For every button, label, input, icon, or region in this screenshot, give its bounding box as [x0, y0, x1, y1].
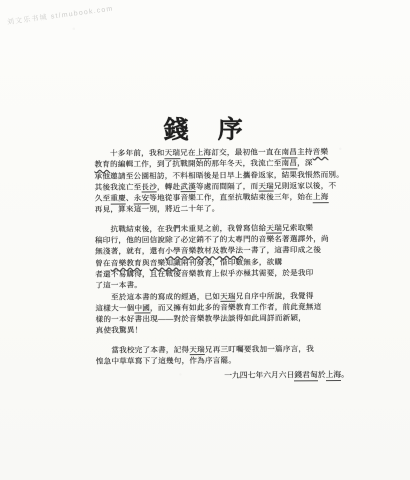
- text-segment: 了這一本書。: [95, 281, 142, 290]
- text-segment: 無淺著，就有，還有: [95, 247, 165, 256]
- proper-noun-underline: 天瑞: [258, 181, 274, 192]
- text-segment: 的編輯工作，到了抗戰開始的那年冬天，我流亡至: [110, 159, 282, 169]
- book-title-underline: 音樂知識: [150, 258, 181, 267]
- text-segment: 一九四七年六月六日: [224, 370, 294, 379]
- text-segment: 稿印行，他的回信說除了必定銷不了的太專門的音樂名著選譯外，尚: [95, 234, 329, 245]
- text-line: 惶急中草草寫下了這幾句，作為序言罷。: [96, 354, 322, 367]
- text-segment: 當我校完了本書，記得: [96, 345, 190, 355]
- text-segment: 其後我流亡至: [95, 182, 142, 191]
- text-segment: 與: [142, 258, 150, 267]
- text-segment: ，而又擁有如此多的音樂教育工作者，前此竟無這: [150, 302, 322, 312]
- text-segment: 主持: [297, 147, 313, 156]
- text-segment: 等處而間隔了，而: [196, 182, 258, 191]
- text-line: 樣的一本好書出現——對於音樂教學法談得如此周詳而新穎，: [96, 312, 322, 325]
- proper-noun-underline: 天瑞: [189, 345, 205, 356]
- text-segment: 兄則返家以後，不: [274, 181, 336, 190]
- text-segment: 樣的一本好書出現——對於音樂教學法談得如此周詳而新穎，: [96, 313, 306, 323]
- proper-noun-underline: 天瑞: [220, 291, 236, 302]
- proper-noun-underline: 南昌: [281, 147, 297, 158]
- text-segment: 兄在: [180, 148, 196, 157]
- signature-line: 一九四七年六月六日錢君匋於上海。: [224, 369, 349, 381]
- proper-noun-underline: 上海: [313, 192, 329, 203]
- text-segment: 真使我驚異！: [96, 326, 143, 335]
- text-segment: 、: [126, 194, 134, 203]
- proper-noun-underline: 上海: [196, 148, 212, 159]
- text-line: 當我校完了本書，記得天瑞兄再三叮囑要我加一篇序言，我: [96, 343, 322, 356]
- book-title-underline: 小學音樂教材及教學法: [165, 246, 243, 256]
- text-segment: 承他邀請至公園相訪，不料相晤後是日早上攜眷返家，結果我悵然而別。: [95, 170, 344, 181]
- text-segment: 兄再三叮囑要我加一篇序言，我: [205, 344, 314, 354]
- proper-noun-underline: 錢君匋: [294, 370, 317, 381]
- text-segment: 這樣大一個: [95, 303, 134, 312]
- paragraph: 十多年前，我和天瑞兄在上海訂交，最初他一直在南昌主持音樂教育的編輯工作，到了抗戰…: [94, 146, 320, 215]
- text-line: 真使我驚異！: [96, 324, 322, 337]
- text-segment: 兩刊發表，惜印數無多，欲購: [181, 257, 282, 267]
- proper-noun-underline: 永安: [134, 194, 150, 205]
- text-segment: 訂交，最初他一直在: [211, 147, 281, 156]
- preface-title: 錢 序: [0, 109, 409, 148]
- text-segment: 十多年前，我和: [94, 148, 164, 157]
- text-line: 者還不易購得，且在戰後音樂教育上似乎亦極其需要，於是我印: [95, 267, 321, 280]
- page-content: 刘文乐书城 st/mubook.com 錢 序 十多年前，我和天瑞兄在上海訂交，…: [0, 0, 410, 480]
- text-segment: 等地從事音樂工作，直至抗戰結束後三年，始在: [149, 192, 313, 202]
- book-title-underline: 音樂: [313, 147, 329, 156]
- text-segment: 一書了，這書印成之後: [243, 246, 321, 256]
- text-segment: 。: [341, 370, 349, 379]
- proper-noun-underline: 天瑞: [165, 148, 181, 159]
- proper-noun-underline: 重慶: [110, 194, 126, 205]
- paragraph: 抗戰結束後，在我們未重見之前，我曾寫信給天瑞兄索取樂稿印行，他的回信說除了必定銷…: [95, 222, 321, 291]
- text-line: 再見，算來這一別，將近二十年了。: [95, 203, 321, 216]
- watermark-text: 刘文乐书城 st/mubook.com: [6, 4, 114, 28]
- text-segment: 者還不易購得，且在戰後音樂教育上似乎亦極其需要，於是我印: [95, 268, 313, 279]
- proper-noun-underline: 中國: [134, 303, 150, 314]
- text-segment: ，轉赴: [157, 182, 180, 191]
- preface-body: 十多年前，我和天瑞兄在上海訂交，最初他一直在南昌主持音樂教育的編輯工作，到了抗戰…: [94, 146, 322, 367]
- text-segment: 曾在: [95, 258, 111, 267]
- book-title-underline: 教育: [94, 160, 110, 169]
- text-segment: 久至: [95, 194, 111, 203]
- paragraph: 至於這本書的寫成的經過，已如天瑞兄自序中所說，我覺得這樣大一個中國，而又擁有如此…: [95, 290, 321, 337]
- proper-noun-underline: 長沙: [141, 182, 157, 193]
- text-line: 無淺著，就有，還有小學音樂教材及教學法一書了，這書印成之後: [95, 245, 321, 258]
- proper-noun-underline: 上海: [326, 370, 342, 381]
- text-segment: 兄自序中所說，我覺得: [236, 291, 314, 301]
- paragraph: 當我校完了本書，記得天瑞兄再三叮囑要我加一篇序言，我惶急中草草寫下了這幾句，作為…: [96, 343, 322, 367]
- text-segment: 至於這本書的寫成的經過，已如: [95, 291, 220, 301]
- proper-noun-underline: 武漢: [180, 182, 196, 193]
- proper-noun-underline: 天瑞: [266, 223, 282, 234]
- text-segment: ，深: [297, 159, 313, 168]
- text-segment: 再見，算來這一別，將近二十年了。: [95, 204, 220, 214]
- text-segment: 惶急中草草寫下了這幾句，作為序言罷。: [96, 356, 236, 366]
- text-segment: 於: [318, 370, 326, 379]
- proper-noun-underline: 南昌: [281, 159, 297, 170]
- text-line: 久至重慶、永安等地從事音樂工作，直至抗戰結束後三年，始在上海: [95, 191, 321, 204]
- book-title-underline: 音樂教育: [111, 258, 142, 267]
- text-segment: 兄索取樂: [282, 223, 313, 232]
- text-segment: 抗戰結束後，在我們未重見之前，我曾寫信給: [95, 223, 267, 233]
- scanned-book-page: 刘文乐书城 st/mubook.com 錢 序 十多年前，我和天瑞兄在上海訂交，…: [0, 0, 410, 480]
